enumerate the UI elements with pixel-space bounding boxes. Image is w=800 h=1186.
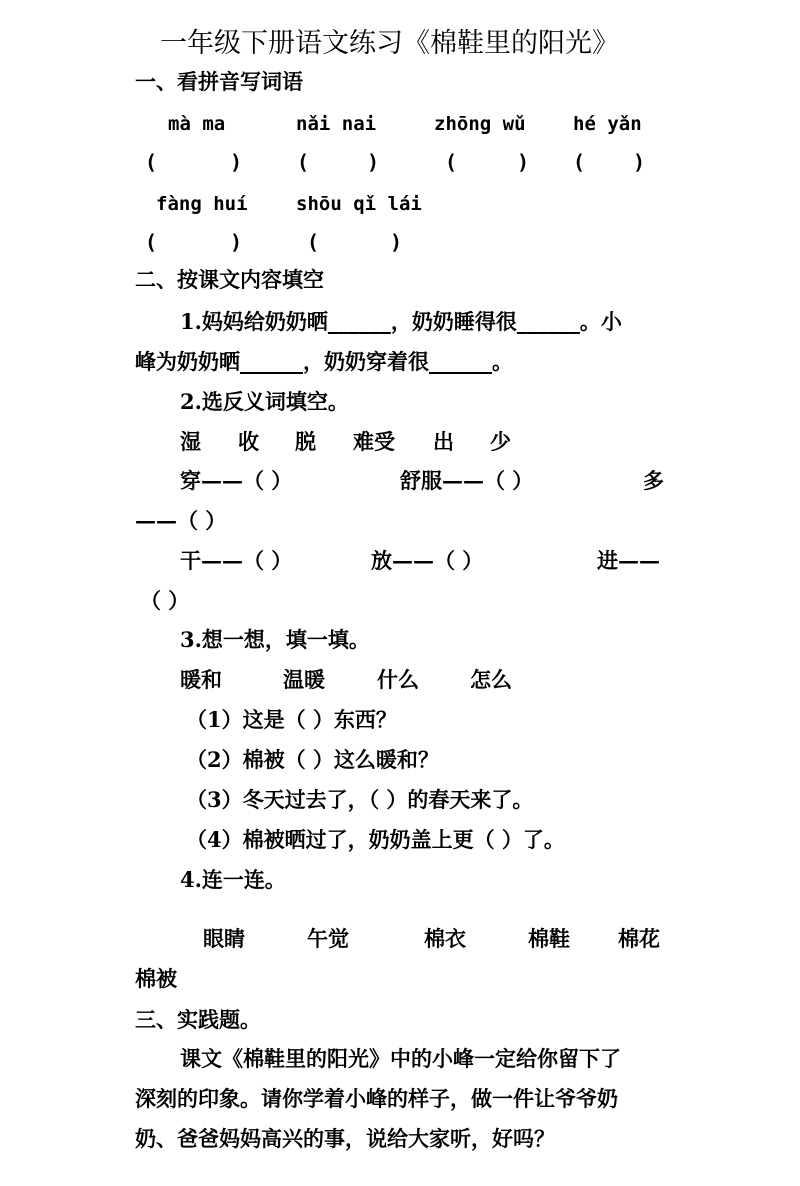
word-bank-option: 什么 bbox=[377, 666, 419, 694]
section-1-heading: 一、看拼音写词语 bbox=[135, 68, 303, 96]
antonym-option: 收 bbox=[238, 428, 259, 456]
pinyin-item: zhōng wǔ bbox=[434, 110, 526, 138]
question-1-line-1: 1.妈妈给奶奶晒______，奶奶睡得很______。小 bbox=[180, 308, 622, 336]
antonym-pair: 干——（ ） bbox=[180, 547, 292, 575]
antonym-option: 湿 bbox=[180, 428, 201, 456]
practice-paragraph-line: 课文《棉鞋里的阳光》中的小峰一定给你留下了 bbox=[180, 1045, 621, 1073]
practice-paragraph-line: 奶、爸爸妈妈高兴的事，说给大家听，好吗？ bbox=[135, 1125, 555, 1153]
matching-word[interactable]: 棉衣 bbox=[424, 925, 466, 953]
word-bank-option: 温暖 bbox=[283, 666, 325, 694]
fill-in-item: （4）棉被晒过了，奶奶盖上更（ ）了。 bbox=[186, 826, 565, 854]
pinyin-item: nǎi nai bbox=[296, 110, 376, 138]
antonym-pair: 进—— bbox=[597, 547, 660, 575]
antonym-option: 少 bbox=[490, 428, 511, 456]
question-2-prompt: 2.选反义词填空。 bbox=[180, 388, 349, 416]
matching-word[interactable]: 午觉 bbox=[307, 925, 349, 953]
pinyin-item: mà ma bbox=[168, 110, 225, 138]
pinyin-item: shōu qǐ lái bbox=[296, 190, 422, 218]
worksheet-title: 一年级下册语文练习《棉鞋里的阳光》 bbox=[160, 26, 619, 62]
fill-in-item: （2）棉被（ ）这么暖和？ bbox=[186, 746, 439, 774]
antonym-option: 脱 bbox=[295, 428, 316, 456]
worksheet-page: 一年级下册语文练习《棉鞋里的阳光》 一、看拼音写词语 mà ma nǎi nai… bbox=[0, 0, 800, 1186]
matching-word[interactable]: 棉花 bbox=[618, 925, 660, 953]
antonym-pair-wrap: ——（ ） bbox=[135, 507, 226, 535]
antonym-pair: 穿——（ ） bbox=[180, 467, 292, 495]
antonym-pair-wrap: （ ） bbox=[140, 587, 189, 615]
fill-in-item: （3）冬天过去了，（ ）的春天来了。 bbox=[186, 786, 533, 814]
fill-in-item: （1）这是（ ）东西？ bbox=[186, 706, 397, 734]
pinyin-item: fàng huí bbox=[156, 190, 248, 218]
word-bank-option: 暖和 bbox=[180, 666, 222, 694]
matching-word[interactable]: 眼睛 bbox=[203, 925, 245, 953]
antonym-pair: 多 bbox=[643, 467, 664, 495]
pinyin-item: hé yǎn bbox=[573, 110, 642, 138]
antonym-option: 难受 bbox=[353, 428, 395, 456]
antonym-option: 出 bbox=[433, 428, 454, 456]
antonym-pair: 舒服——（ ） bbox=[400, 467, 533, 495]
word-bank-option: 怎么 bbox=[470, 666, 512, 694]
section-3-heading: 三、实践题。 bbox=[135, 1006, 261, 1034]
matching-word[interactable]: 棉被 bbox=[135, 965, 177, 993]
question-4-prompt: 4.连一连。 bbox=[180, 866, 286, 894]
matching-word[interactable]: 棉鞋 bbox=[528, 925, 570, 953]
practice-paragraph-line: 深刻的印象。请你学着小峰的样子，做一件让爷爷奶 bbox=[135, 1085, 618, 1113]
section-2-heading: 二、按课文内容填空 bbox=[135, 266, 324, 294]
antonym-pair: 放——（ ） bbox=[371, 547, 483, 575]
question-1-line-2: 峰为奶奶晒______，奶奶穿着很______。 bbox=[135, 348, 513, 376]
question-3-prompt: 3.想一想，填一填。 bbox=[180, 626, 370, 654]
